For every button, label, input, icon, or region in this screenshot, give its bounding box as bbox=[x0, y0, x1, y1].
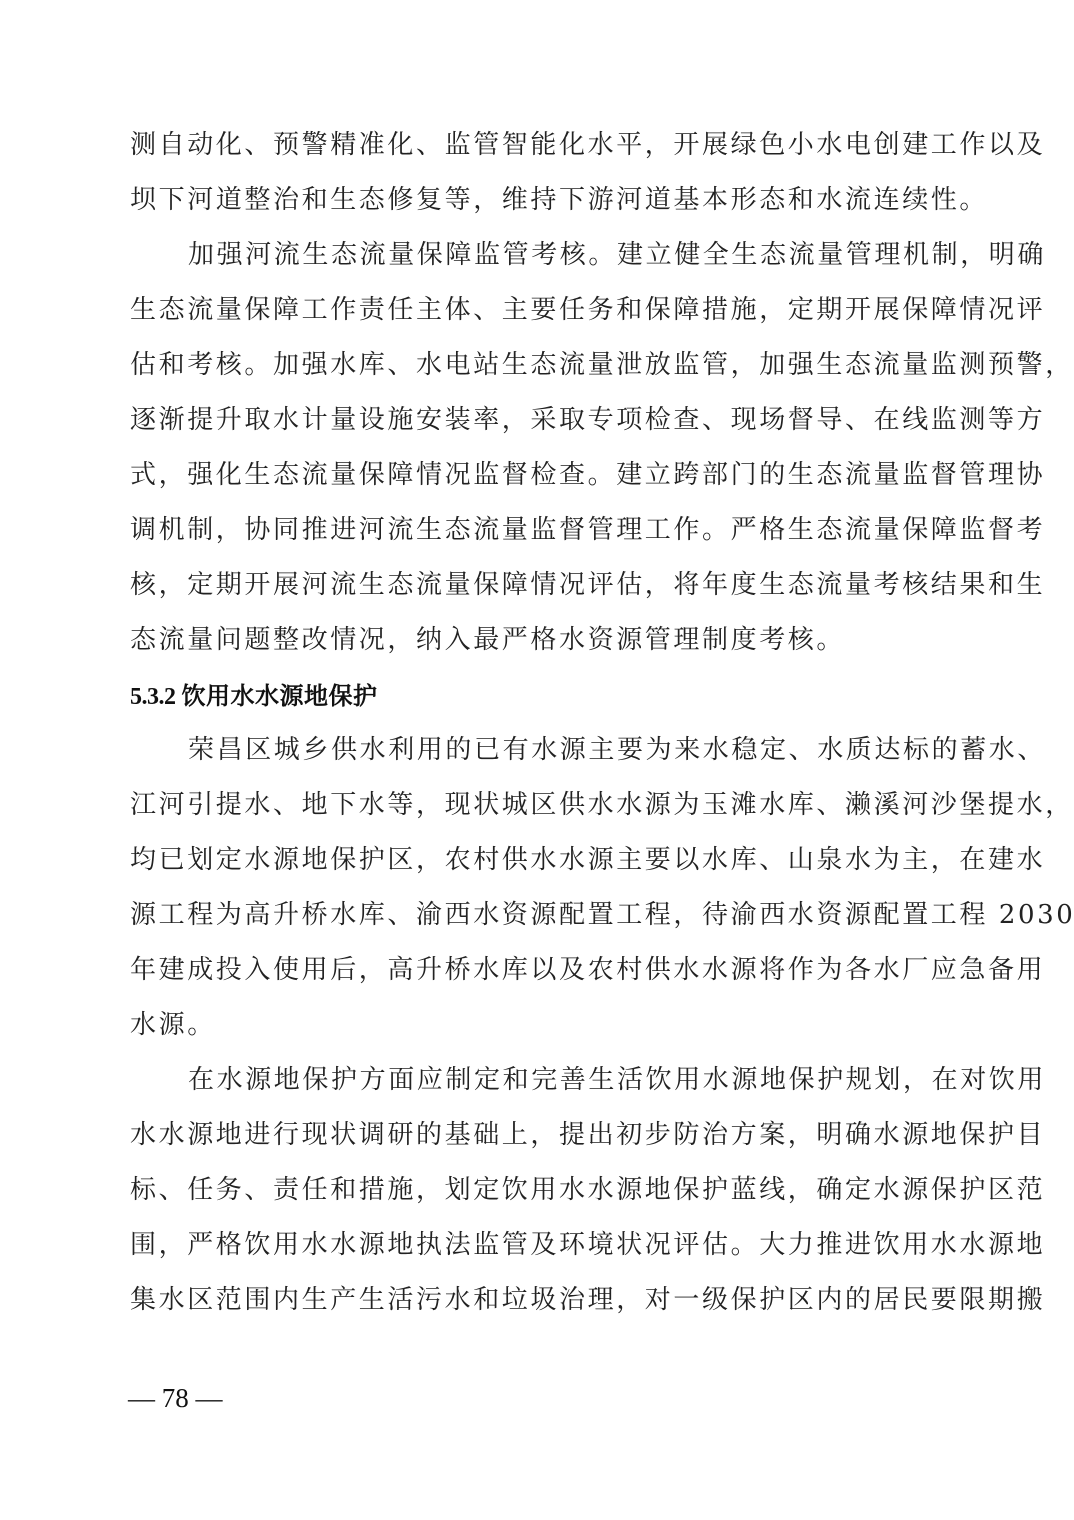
text-line: 核，定期开展河流生态流量保障情况评估，将年度生态流量考核结果和生 bbox=[130, 563, 946, 618]
text-line: 标、任务、责任和措施，划定饮用水水源地保护蓝线，确定水源保护区范 bbox=[130, 1168, 946, 1223]
text-line: 生态流量保障工作责任主体、主要任务和保障措施，定期开展保障情况评 bbox=[130, 288, 946, 343]
text-line: 围，严格饮用水水源地执法监管及环境状况评估。大力推进饮用水水源地 bbox=[130, 1223, 946, 1278]
text-line: 江河引提水、地下水等，现状城区供水水源为玉滩水库、濑溪河沙堡提水， bbox=[130, 783, 946, 838]
text-line: 加强河流生态流量保障监管考核。建立健全生态流量管理机制，明确 bbox=[130, 233, 946, 288]
section-number: 5.3.2 bbox=[130, 684, 176, 710]
paragraph: 测自动化、预警精准化、监管智能化水平，开展绿色小水电创建工作以及 坝下河道整治和… bbox=[130, 123, 946, 233]
text-line: 源工程为高升桥水库、渝西水资源配置工程，待渝西水资源配置工程 2030 bbox=[130, 893, 946, 948]
text-line: 年建成投入使用后，高升桥水库以及农村供水水源将作为各水厂应急备用 bbox=[130, 948, 946, 1003]
text-line: 态流量问题整改情况，纳入最严格水资源管理制度考核。 bbox=[130, 618, 946, 673]
text-line: 调机制，协同推进河流生态流量监督管理工作。严格生态流量保障监督考 bbox=[130, 508, 946, 563]
paragraph: 加强河流生态流量保障监管考核。建立健全生态流量管理机制，明确 生态流量保障工作责… bbox=[130, 233, 946, 673]
text-line: 坝下河道整治和生态修复等，维持下游河道基本形态和水流连续性。 bbox=[130, 178, 946, 233]
page-number: — 78 — bbox=[128, 1383, 223, 1413]
text-line: 测自动化、预警精准化、监管智能化水平，开展绿色小水电创建工作以及 bbox=[130, 123, 946, 178]
paragraph: 荣昌区城乡供水利用的已有水源主要为来水稳定、水质达标的蓄水、 江河引提水、地下水… bbox=[130, 728, 946, 1058]
section-title: 饮用水水源地保护 bbox=[182, 681, 378, 710]
text-line: 均已划定水源地保护区，农村供水水源主要以水库、山泉水为主，在建水 bbox=[130, 838, 946, 893]
text-line: 式，强化生态流量保障情况监督检查。建立跨部门的生态流量监督管理协 bbox=[130, 453, 946, 508]
text-line: 在水源地保护方面应制定和完善生活饮用水源地保护规划，在对饮用 bbox=[130, 1058, 946, 1113]
text-line: 水水源地进行现状调研的基础上，提出初步防治方案，明确水源地保护目 bbox=[130, 1113, 946, 1168]
document-page: 测自动化、预警精准化、监管智能化水平，开展绿色小水电创建工作以及 坝下河道整治和… bbox=[130, 123, 946, 1333]
text-line: 估和考核。加强水库、水电站生态流量泄放监管，加强生态流量监测预警， bbox=[130, 343, 946, 398]
text-line: 水源。 bbox=[130, 1003, 946, 1058]
text-line: 集水区范围内生产生活污水和垃圾治理，对一级保护区内的居民要限期搬 bbox=[130, 1278, 946, 1333]
paragraph: 在水源地保护方面应制定和完善生活饮用水源地保护规划，在对饮用 水水源地进行现状调… bbox=[130, 1058, 946, 1333]
text-line: 荣昌区城乡供水利用的已有水源主要为来水稳定、水质达标的蓄水、 bbox=[130, 728, 946, 783]
text-line: 逐渐提升取水计量设施安装率，采取专项检查、现场督导、在线监测等方 bbox=[130, 398, 946, 453]
section-heading: 5.3.2饮用水水源地保护 bbox=[130, 673, 946, 728]
